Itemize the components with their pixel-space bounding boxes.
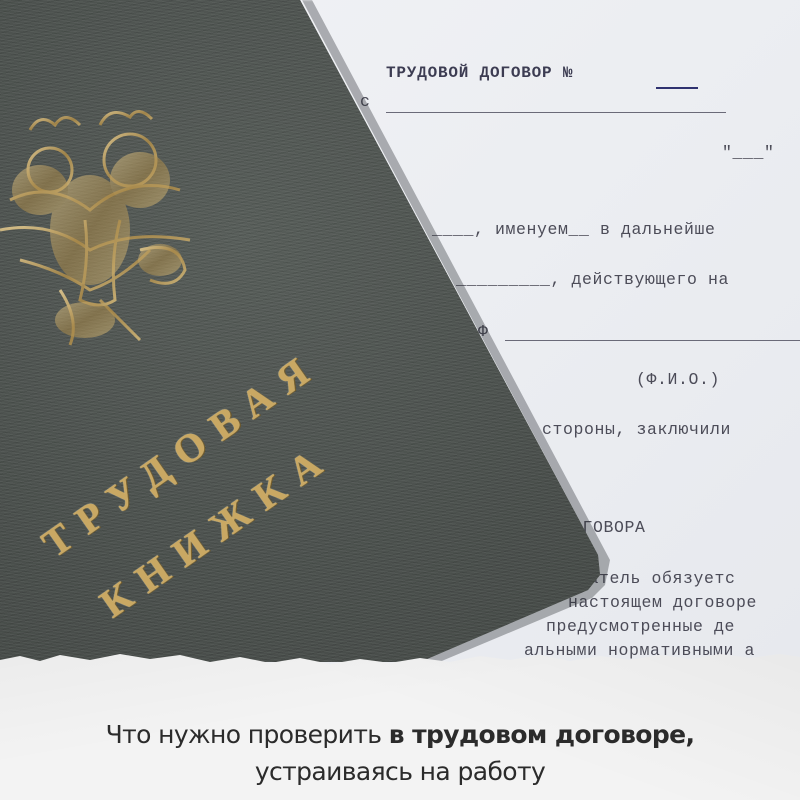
contract-rule [386,112,726,113]
caption-line2: устраиваясь на работу [0,757,800,786]
caption-line1: Что нужно проверить в трудовом договоре, [0,720,800,749]
contract-fio-label: (Ф.И.О.) [636,370,720,389]
contract-rule-fio [505,340,800,341]
caption-regular-text: Что нужно проверить [106,720,389,749]
contract-line-acting: _________, действующего на [456,270,729,289]
contract-line-this: настоящем договоре [568,593,757,612]
contract-line-named: ____, именуем__ в дальнейше [432,220,716,239]
contract-date-quote: "___" [722,143,775,162]
photo-scene: ТРУДОВОЙ ДОГОВОР № с "___" ____, именуем… [0,0,800,800]
contract-title: ТРУДОВОЙ ДОГОВОР № [386,64,573,82]
double-headed-eagle-icon [0,100,220,360]
caption-bold-text: в трудовом договоре, [389,720,695,749]
contract-number-blank [656,87,698,89]
contract-line-parties: стороны, заключили [542,420,731,439]
contract-line-provided: предусмотренные де [546,617,735,636]
